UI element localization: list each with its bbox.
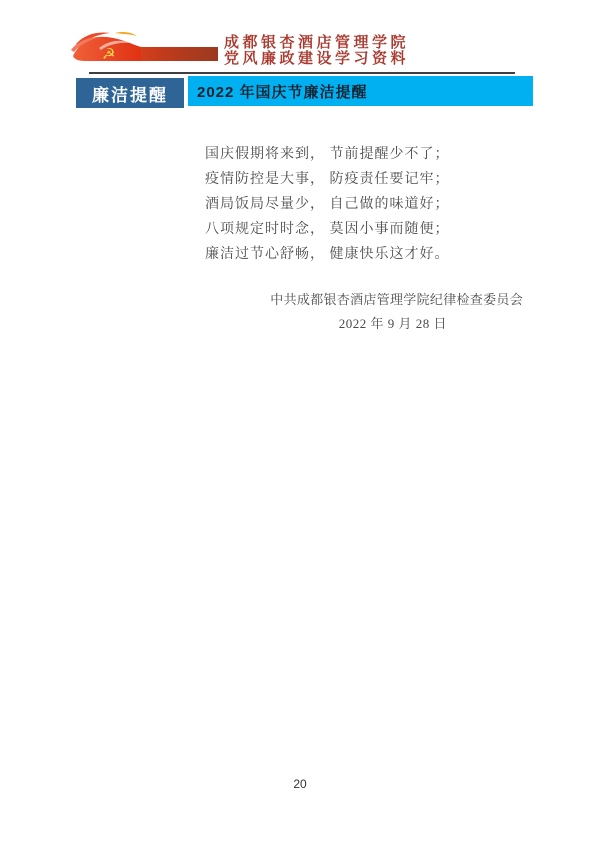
poem-line-5: 廉洁过节心舒畅， 健康快乐这才好。 [205,242,450,267]
signature-line: 中共成都银杏酒店管理学院纪律检查委员会 [270,289,523,308]
poem-line-3: 酒局饭局尽量少， 自己做的味道好； [205,192,450,217]
party-flame-logo-graphic: ☭ [69,30,219,63]
date-line: 2022 年 9 月 28 日 [339,313,447,332]
header-divider-line [89,72,515,74]
banner-title: 2022 年国庆节廉洁提醒 [188,76,533,106]
sparkle [115,32,137,36]
poem-body: 国庆假期将来到， 节前提醒少不了； 疫情防控是大事， 防疫责任要记牢； 酒局饭局… [205,142,450,267]
document-page: ☭ 成都银杏酒店管理学院 党风廉政建设学习资料 廉洁提醒 2022 年国庆节廉洁… [0,0,600,848]
hammer-sickle-icon: ☭ [102,45,115,63]
poem-line-4: 八项规定时时念， 莫因小事而随便； [205,217,450,242]
header-org-text: 成都银杏酒店管理学院 党风廉政建设学习资料 [224,35,409,67]
poem-line-2: 疫情防控是大事， 防疫责任要记牢； [205,167,450,192]
org-name-line1: 成都银杏酒店管理学院 [224,35,409,51]
page-number: 20 [0,777,600,791]
org-name-line2: 党风廉政建设学习资料 [224,51,409,67]
party-flame-logo: ☭ [69,30,219,63]
poem-line-1: 国庆假期将来到， 节前提醒少不了； [205,142,450,167]
banner-tag: 廉洁提醒 [76,78,184,108]
